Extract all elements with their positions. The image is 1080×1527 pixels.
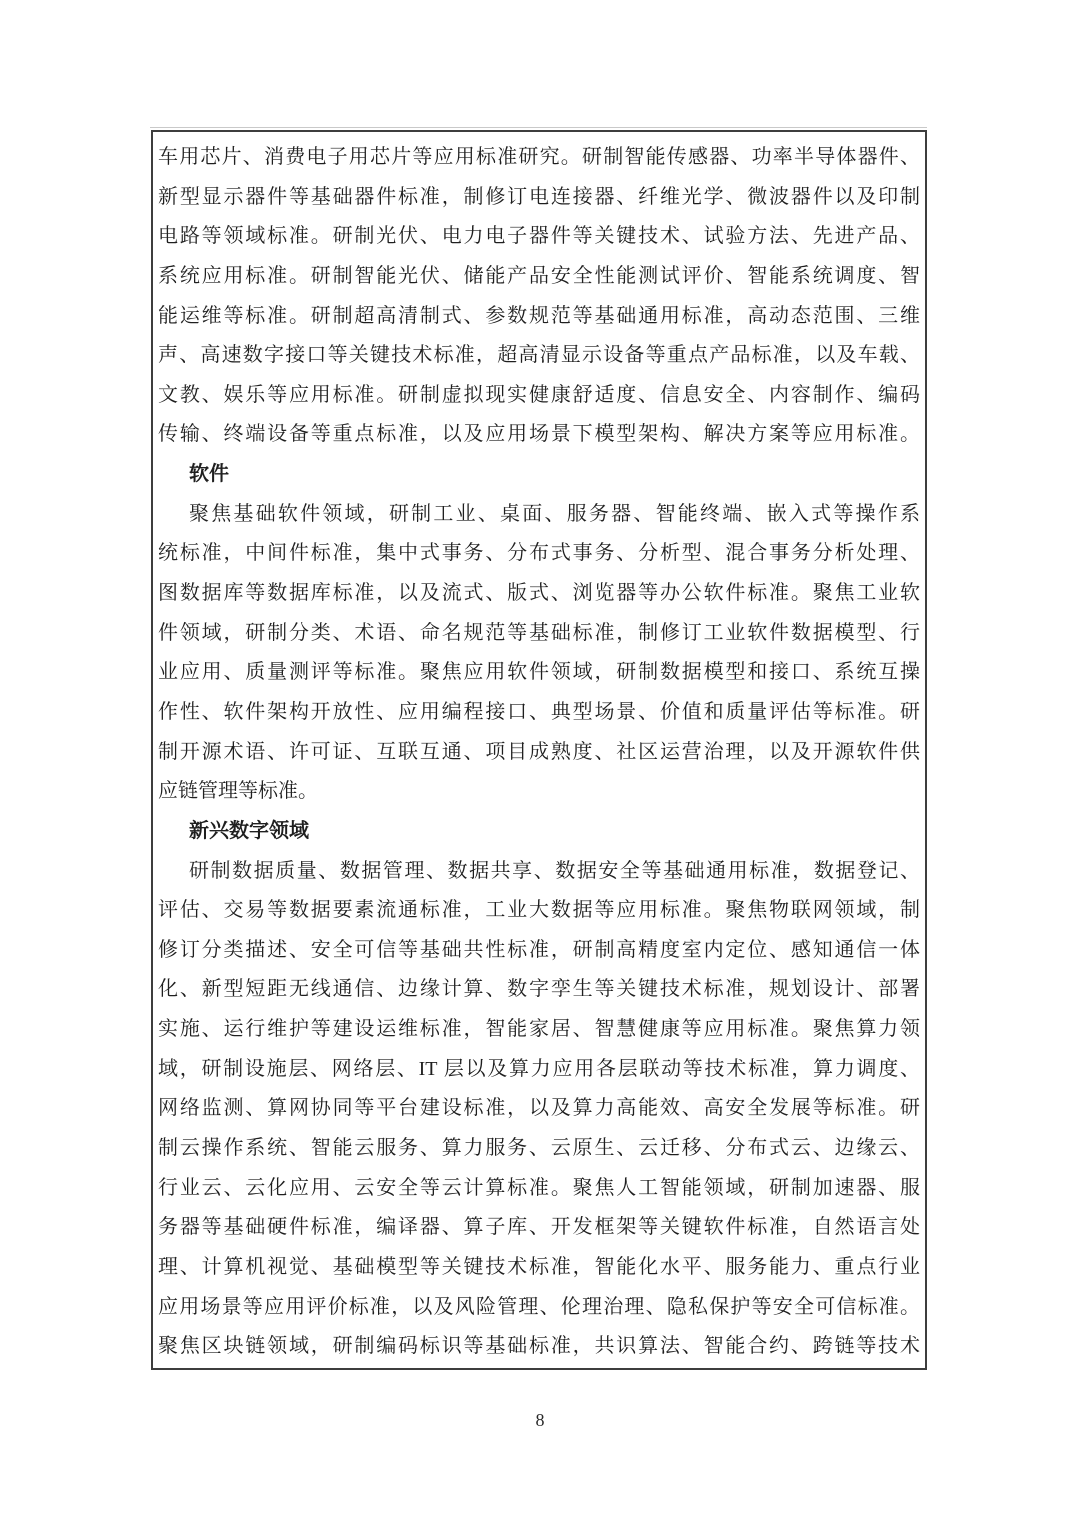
text-line: 研制数据质量、数据管理、数据共享、数据安全等基础通用标准，数据登记、 [158,852,920,892]
text-line: 作性、软件架构开放性、应用编程接口、典型场景、价值和质量评估等标准。研 [158,693,920,733]
text-line: 电路等领域标准。研制光伏、电力电子器件等关键技术、试验方法、先进产品、 [158,217,920,257]
text-line: 统标准，中间件标准，集中式事务、分布式事务、分析型、混合事务分析处理、 [158,534,920,574]
table-cell-text-box: 车用芯片、消费电子用芯片等应用标准研究。研制智能传感器、功率半导体器件、新型显示… [151,130,927,1370]
text-line: 图数据库等数据库标准，以及流式、版式、浏览器等办公软件标准。聚焦工业软 [158,574,920,614]
text-line: 制云操作系统、智能云服务、算力服务、云原生、云迁移、分布式云、边缘云、 [158,1129,920,1169]
text-line: 评估、交易等数据要素流通标准，工业大数据等应用标准。聚焦物联网领域，制 [158,891,920,931]
text-line: 行业云、云化应用、云安全等云计算标准。聚焦人工智能领域，研制加速器、服 [158,1169,920,1209]
text-line: 应链管理等标准。 [158,772,920,812]
text-line: 车用芯片、消费电子用芯片等应用标准研究。研制智能传感器、功率半导体器件、 [158,138,920,178]
section-heading: 软件 [158,455,920,495]
text-line: 实施、运行维护等建设运维标准，智能家居、智慧健康等应用标准。聚焦算力领 [158,1010,920,1050]
text-line: 能运维等标准。研制超高清制式、参数规范等基础通用标准，高动态范围、三维 [158,297,920,337]
text-line: 化、新型短距无线通信、边缘计算、数字孪生等关键技术标准，规划设计、部署 [158,970,920,1010]
text-line: 网络监测、算网协同等平台建设标准，以及算力高能效、高安全发展等标准。研 [158,1089,920,1129]
text-line: 理、计算机视觉、基础模型等关键技术标准，智能化水平、服务能力、重点行业 [158,1248,920,1288]
text-line: 修订分类描述、安全可信等基础共性标准，研制高精度室内定位、感知通信一体 [158,931,920,971]
text-line: 文教、娱乐等应用标准。研制虚拟现实健康舒适度、信息安全、内容制作、编码 [158,376,920,416]
document-page: 车用芯片、消费电子用芯片等应用标准研究。研制智能传感器、功率半导体器件、新型显示… [0,0,1080,1527]
text-line: 制开源术语、许可证、互联互通、项目成熟度、社区运营治理，以及开源软件供 [158,733,920,773]
text-line: 声、高速数字接口等关键技术标准，超高清显示设备等重点产品标准，以及车载、 [158,336,920,376]
text-line: 新型显示器件等基础器件标准，制修订电连接器、纤维光学、微波器件以及印制 [158,178,920,218]
text-line: 域，研制设施层、网络层、IT 层以及算力应用各层联动等技术标准，算力调度、 [158,1050,920,1090]
table-top-rule [150,127,927,128]
text-line: 系统应用标准。研制智能光伏、储能产品安全性能测试评价、智能系统调度、智 [158,257,920,297]
text-line: 件领域，研制分类、术语、命名规范等基础标准，制修订工业软件数据模型、行 [158,614,920,654]
text-line: 应用场景等应用评价标准，以及风险管理、伦理治理、隐私保护等安全可信标准。 [158,1288,920,1328]
text-line: 聚焦区块链领域，研制编码标识等基础标准，共识算法、智能合约、跨链等技术 [158,1327,920,1367]
text-line: 聚焦基础软件领域，研制工业、桌面、服务器、智能终端、嵌入式等操作系 [158,495,920,535]
section-heading: 新兴数字领域 [158,812,920,852]
page-number: 8 [0,1410,1080,1431]
text-line: 传输、终端设备等重点标准，以及应用场景下模型架构、解决方案等应用标准。 [158,415,920,455]
text-line: 务器等基础硬件标准，编译器、算子库、开发框架等关键软件标准，自然语言处 [158,1208,920,1248]
text-line: 业应用、质量测评等标准。聚焦应用软件领域，研制数据模型和接口、系统互操 [158,653,920,693]
